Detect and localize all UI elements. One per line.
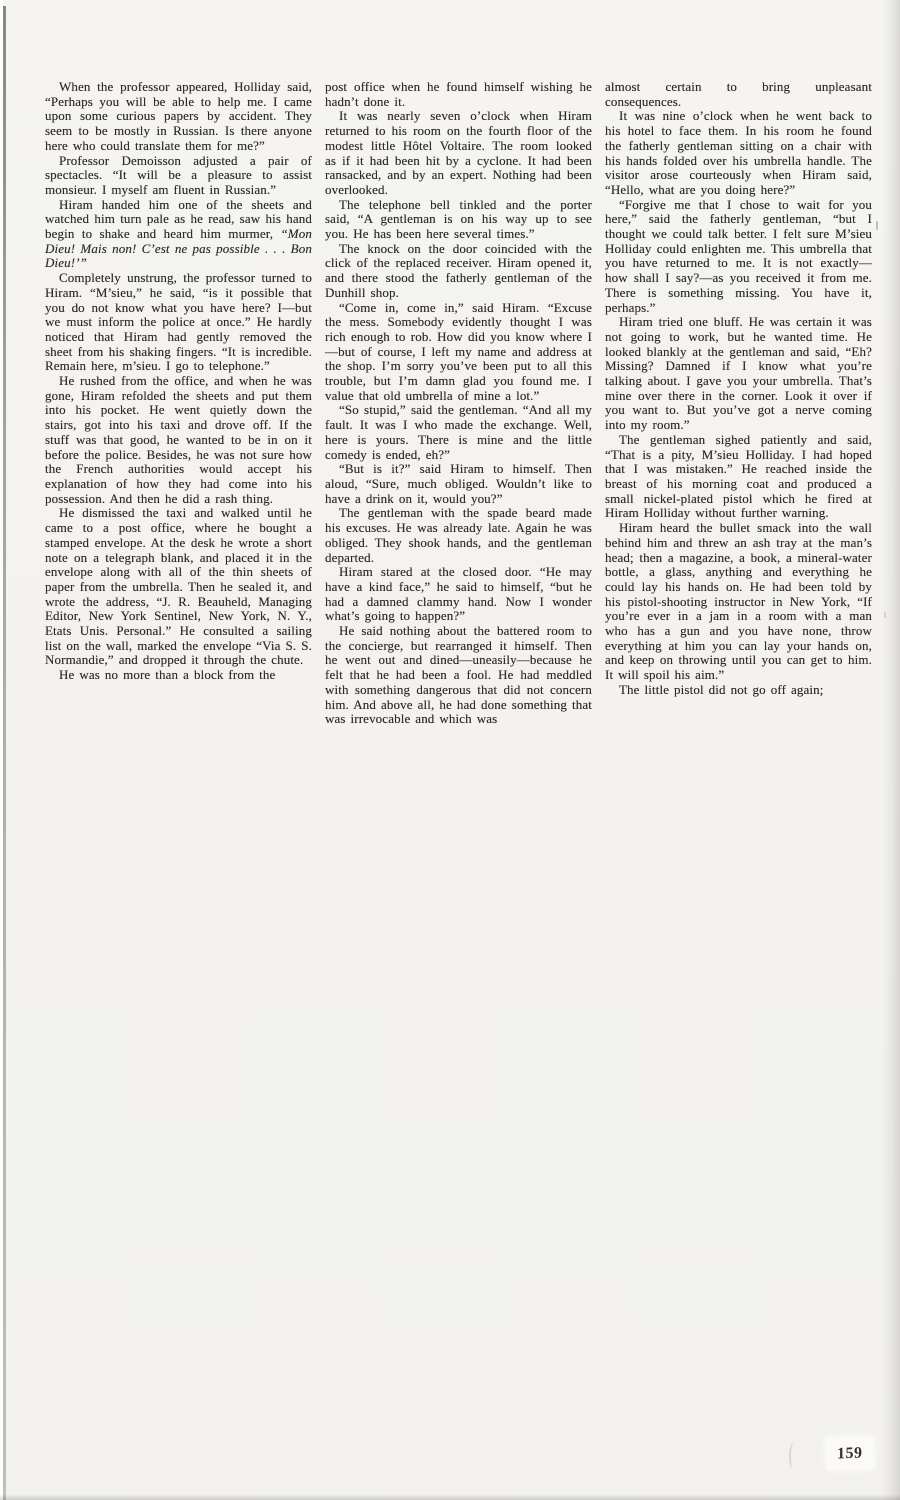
paragraph: When the professor appeared, Holliday sa… <box>45 80 312 154</box>
paragraph: He dismissed the taxi and walked until h… <box>45 506 312 668</box>
paragraph: The gentleman sighed patiently and said,… <box>605 433 872 521</box>
text-segment: “Forgive me that I chose to wait for you… <box>605 197 872 315</box>
text-segment: The telephone bell tinkled and the porte… <box>325 197 592 241</box>
text-segment: Hiram stared at the closed door. “He may… <box>325 564 592 623</box>
paragraph: “So stupid,” said the gentleman. “And al… <box>325 403 592 462</box>
paragraph: He said nothing about the battered room … <box>325 624 592 727</box>
paragraph: Hiram handed him one of the sheets and w… <box>45 198 312 272</box>
text-segment: It was nine o’clock when he went back to… <box>605 108 872 197</box>
paragraph: Completely unstrung, the professor turne… <box>45 271 312 374</box>
paragraph: The little pistol did not go off again; <box>605 683 872 698</box>
page-number: 159 <box>837 1444 862 1463</box>
paragraph: “But is it?” said Hiram to himself. Then… <box>325 462 592 506</box>
text-segment: “But is it?” said Hiram to himself. Then… <box>325 461 592 505</box>
text-segment: “Come in, come in,” said Hiram. “Excuse … <box>325 300 592 403</box>
paragraph: “Come in, come in,” said Hiram. “Excuse … <box>325 301 592 404</box>
text-segment: He dismissed the taxi and walked until h… <box>45 505 312 667</box>
text-segment: “So stupid,” said the gentleman. “And al… <box>325 402 592 461</box>
paragraph: Hiram tried one bluff. He was certain it… <box>605 315 872 433</box>
text-segment: He was no more than a block from the <box>59 667 275 682</box>
text-segment: The gentleman with the spade beard made … <box>325 505 592 564</box>
text-column-1: When the professor appeared, Holliday sa… <box>45 80 312 727</box>
paragraph: The telephone bell tinkled and the porte… <box>325 198 592 242</box>
text-segment: post office when he found himself wishin… <box>325 79 592 109</box>
text-segment: He said nothing about the battered room … <box>325 623 592 726</box>
text-segment: Completely unstrung, the professor turne… <box>45 270 312 373</box>
text-segment: Hiram heard the bullet smack into the wa… <box>605 520 872 682</box>
text-segment: It was nearly seven o’clock when Hiram r… <box>325 108 592 197</box>
paragraph: “Forgive me that I chose to wait for you… <box>605 198 872 316</box>
paragraph: He rushed from the office, and when he w… <box>45 374 312 506</box>
scan-edge-bottom <box>0 1494 900 1500</box>
paragraph: He was no more than a block from the <box>45 668 312 683</box>
paragraph: Professor Demoisson adjusted a pair of s… <box>45 154 312 198</box>
text-segment: The gentleman sighed patiently and said,… <box>605 432 872 521</box>
paragraph: The gentleman with the spade beard made … <box>325 506 592 565</box>
text-segment: The knock on the door coincided with the… <box>325 241 592 300</box>
text-segment: Hiram handed him one of the sheets and w… <box>45 197 312 241</box>
paragraph: It was nearly seven o’clock when Hiram r… <box>325 109 592 197</box>
text-columns: When the professor appeared, Holliday sa… <box>45 80 872 727</box>
scanned-book-page: When the professor appeared, Holliday sa… <box>0 0 900 1500</box>
scan-speck <box>876 221 878 230</box>
paragraph: It was nine o’clock when he went back to… <box>605 109 872 197</box>
text-segment: He rushed from the office, and when he w… <box>45 373 312 506</box>
page-number-patch: 159 <box>825 1436 874 1471</box>
text-segment: almost certain to bring unpleasant conse… <box>605 79 872 109</box>
paragraph: almost certain to bring unpleasant conse… <box>605 80 872 109</box>
scan-speck <box>884 612 886 618</box>
text-segment: The little pistol did not go off again; <box>619 682 823 697</box>
scan-artifact-line <box>789 1442 797 1468</box>
paragraph: Hiram stared at the closed door. “He may… <box>325 565 592 624</box>
scan-edge-right <box>882 0 900 1500</box>
text-segment: Professor Demoisson adjusted a pair of s… <box>45 153 312 197</box>
text-column-3: almost certain to bring unpleasant conse… <box>605 80 872 727</box>
scan-edge-line <box>3 6 6 1500</box>
paragraph: The knock on the door coincided with the… <box>325 242 592 301</box>
paragraph: Hiram heard the bullet smack into the wa… <box>605 521 872 683</box>
text-column-2: post office when he found himself wishin… <box>325 80 592 727</box>
text-segment: Hiram tried one bluff. He was certain it… <box>605 314 872 432</box>
text-segment: When the professor appeared, Holliday sa… <box>45 79 312 153</box>
paragraph: post office when he found himself wishin… <box>325 80 592 109</box>
